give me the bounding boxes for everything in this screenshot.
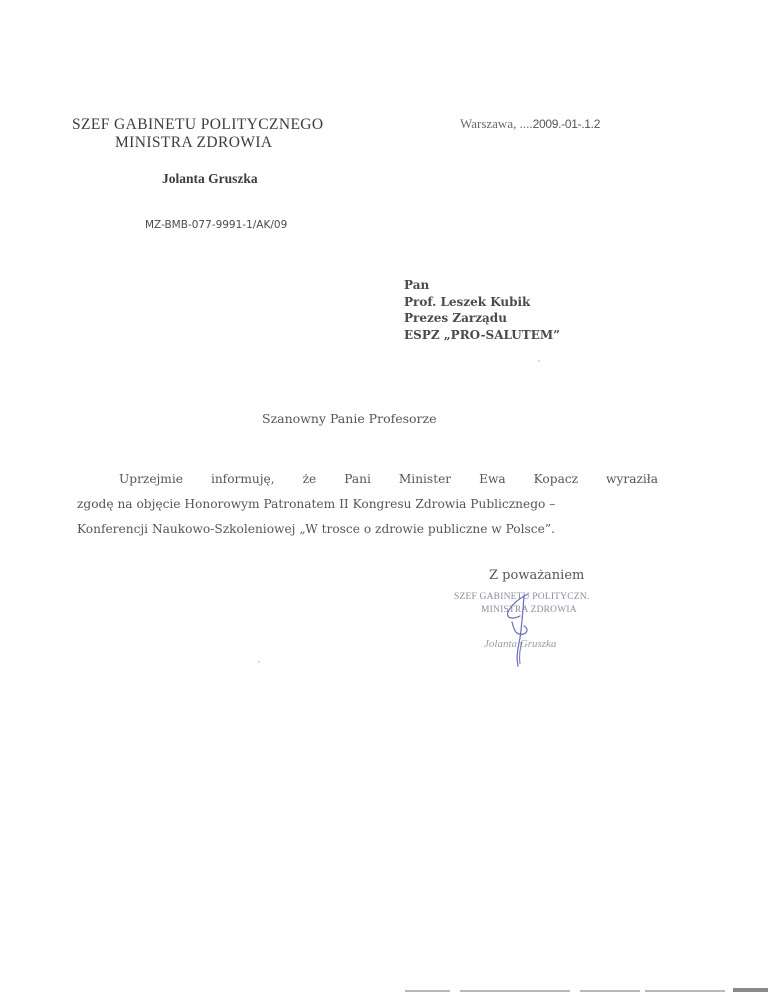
sender-title-line1: SZEF GABINETU POLITYCZNEGO (72, 116, 324, 134)
recipient-block: Pan Prof. Leszek Kubik Prezes Zarządu ES… (404, 277, 560, 343)
signature-icon (490, 590, 550, 670)
recipient-line: Pan (404, 277, 560, 294)
recipient-line: Prezes Zarządu (404, 310, 560, 327)
body-word: Uprzejmie (119, 467, 183, 492)
scan-speck (538, 360, 540, 362)
body-word: Kopacz (534, 467, 578, 492)
body-word: że (303, 467, 317, 492)
salutation: Szanowny Panie Profesorze (262, 411, 437, 426)
body-line-1: Uprzejmie informuję, że Pani Minister Ew… (77, 467, 658, 492)
scan-edge (405, 990, 450, 992)
scan-edge (645, 990, 725, 992)
recipient-line: Prof. Leszek Kubik (404, 294, 560, 311)
reference-number: MZ-BMB-077-9991-1/AK/09 (145, 219, 287, 231)
body-word: Ewa (479, 467, 506, 492)
body-line-3: Konferencji Naukowo-Szkoleniowej „W tros… (77, 517, 658, 542)
date-value: 2009.-01-.1.2 (533, 117, 601, 131)
sender-title-line2: MINISTRA ZDROWIA (115, 134, 273, 152)
date-line: Warszawa, ....2009.-01-.1.2 (460, 116, 600, 132)
body-word: informuję, (211, 467, 275, 492)
letter-body: Uprzejmie informuję, że Pani Minister Ew… (77, 467, 658, 542)
date-place: Warszawa, .... (460, 116, 533, 131)
sender-name: Jolanta Gruszka (162, 171, 258, 187)
scan-edge (733, 988, 768, 992)
body-word: wyraziła (606, 467, 658, 492)
body-line-2: zgodę na objęcie Honorowym Patronatem II… (77, 492, 658, 517)
scan-edge (460, 990, 570, 992)
closing: Z poważaniem (489, 568, 584, 583)
body-word: Minister (399, 467, 451, 492)
scan-speck (258, 661, 260, 663)
scan-edge (580, 990, 640, 992)
body-word: Pani (344, 467, 371, 492)
recipient-line: ESPZ „PRO-SALUTEM” (404, 327, 560, 344)
